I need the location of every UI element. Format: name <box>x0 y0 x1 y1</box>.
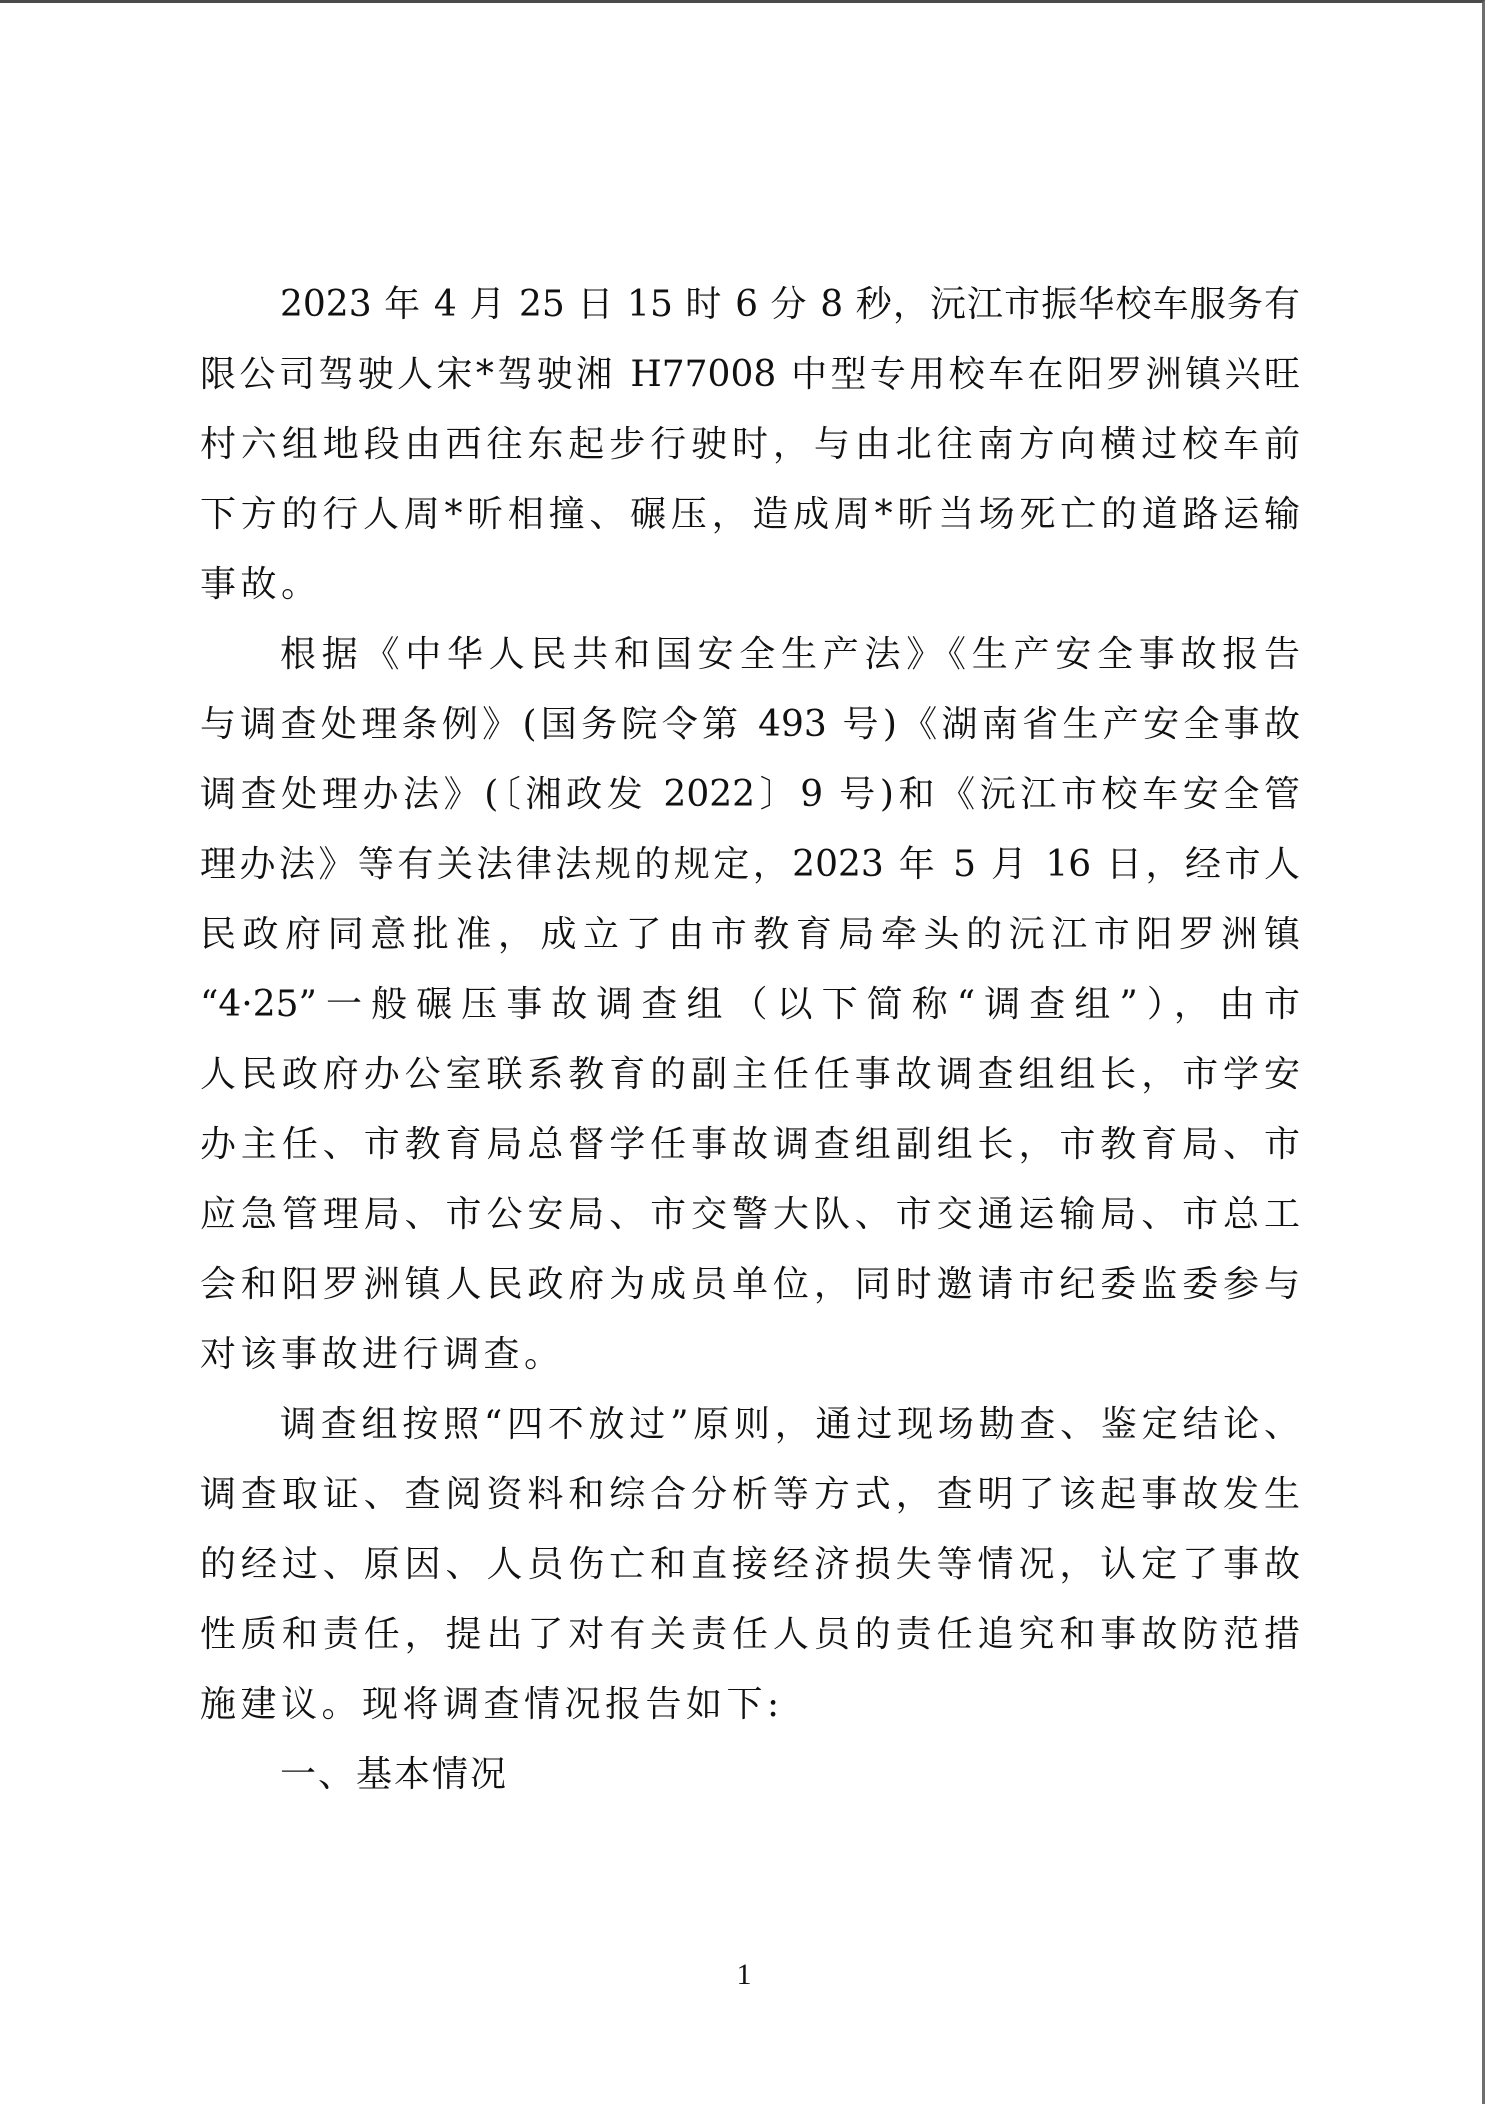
paragraph-2-line-3: 调查处理办法》(〔湘政发 2022〕9 号)和《沅江市校车安全管 <box>200 771 1300 841</box>
paragraph-2-line-8: 办主任、市教育局总督学任事故调查组副组长，市教育局、市 <box>200 1121 1300 1191</box>
paragraph-3-line-3: 的经过、原因、人员伤亡和直接经济损失等情况，认定了事故 <box>200 1541 1300 1611</box>
paragraph-2-line-5: 民政府同意批准，成立了由市教育局牵头的沅江市阳罗洲镇 <box>200 911 1300 981</box>
section-heading: 一、基本情况 <box>200 1751 1300 1821</box>
paragraph-1-line-1: 2023 年 4 月 25 日 15 时 6 分 8 秒，沅江市振华校车服务有 <box>200 281 1300 351</box>
paragraph-2-line-9: 应急管理局、市公安局、市交警大队、市交通运输局、市总工 <box>200 1191 1300 1261</box>
paragraph-1-line-5: 事故。 <box>200 561 1300 631</box>
document-page: 2023 年 4 月 25 日 15 时 6 分 8 秒，沅江市振华校车服务有 … <box>0 0 1485 2104</box>
paragraph-2-line-7: 人民政府办公室联系教育的副主任任事故调查组组长，市学安 <box>200 1051 1300 1121</box>
paragraph-2-line-11: 对该事故进行调查。 <box>200 1331 1300 1401</box>
paragraph-3-line-2: 调查取证、查阅资料和综合分析等方式，查明了该起事故发生 <box>200 1471 1300 1541</box>
paragraph-3-line-5: 施建议。现将调查情况报告如下: <box>200 1681 1300 1751</box>
paragraph-2-line-6: “4·25”一般碾压事故调查组（以下简称“调查组”），由市 <box>200 981 1300 1051</box>
paragraph-2-line-10: 会和阳罗洲镇人民政府为成员单位，同时邀请市纪委监委参与 <box>200 1261 1300 1331</box>
paragraph-1-line-4: 下方的行人周*昕相撞、碾压，造成周*昕当场死亡的道路运输 <box>200 491 1300 561</box>
paragraph-3-line-4: 性质和责任，提出了对有关责任人员的责任追究和事故防范措 <box>200 1611 1300 1681</box>
paragraph-2-line-1: 根据《中华人民共和国安全生产法》《生产安全事故报告 <box>200 631 1300 701</box>
document-body: 2023 年 4 月 25 日 15 时 6 分 8 秒，沅江市振华校车服务有 … <box>200 281 1300 1821</box>
paragraph-2-line-2: 与调查处理条例》(国务院令第 493 号)《湖南省生产安全事故 <box>200 701 1300 771</box>
paragraph-1-line-3: 村六组地段由西往东起步行驶时，与由北往南方向横过校车前 <box>200 421 1300 491</box>
paragraph-2-line-4: 理办法》等有关法律法规的规定，2023 年 5 月 16 日，经市人 <box>200 841 1300 911</box>
page-number: 1 <box>0 1958 1488 1992</box>
paragraph-1-line-2: 限公司驾驶人宋*驾驶湘 H77008 中型专用校车在阳罗洲镇兴旺 <box>200 351 1300 421</box>
paragraph-3-line-1: 调查组按照“四不放过”原则，通过现场勘查、鉴定结论、 <box>200 1401 1300 1471</box>
